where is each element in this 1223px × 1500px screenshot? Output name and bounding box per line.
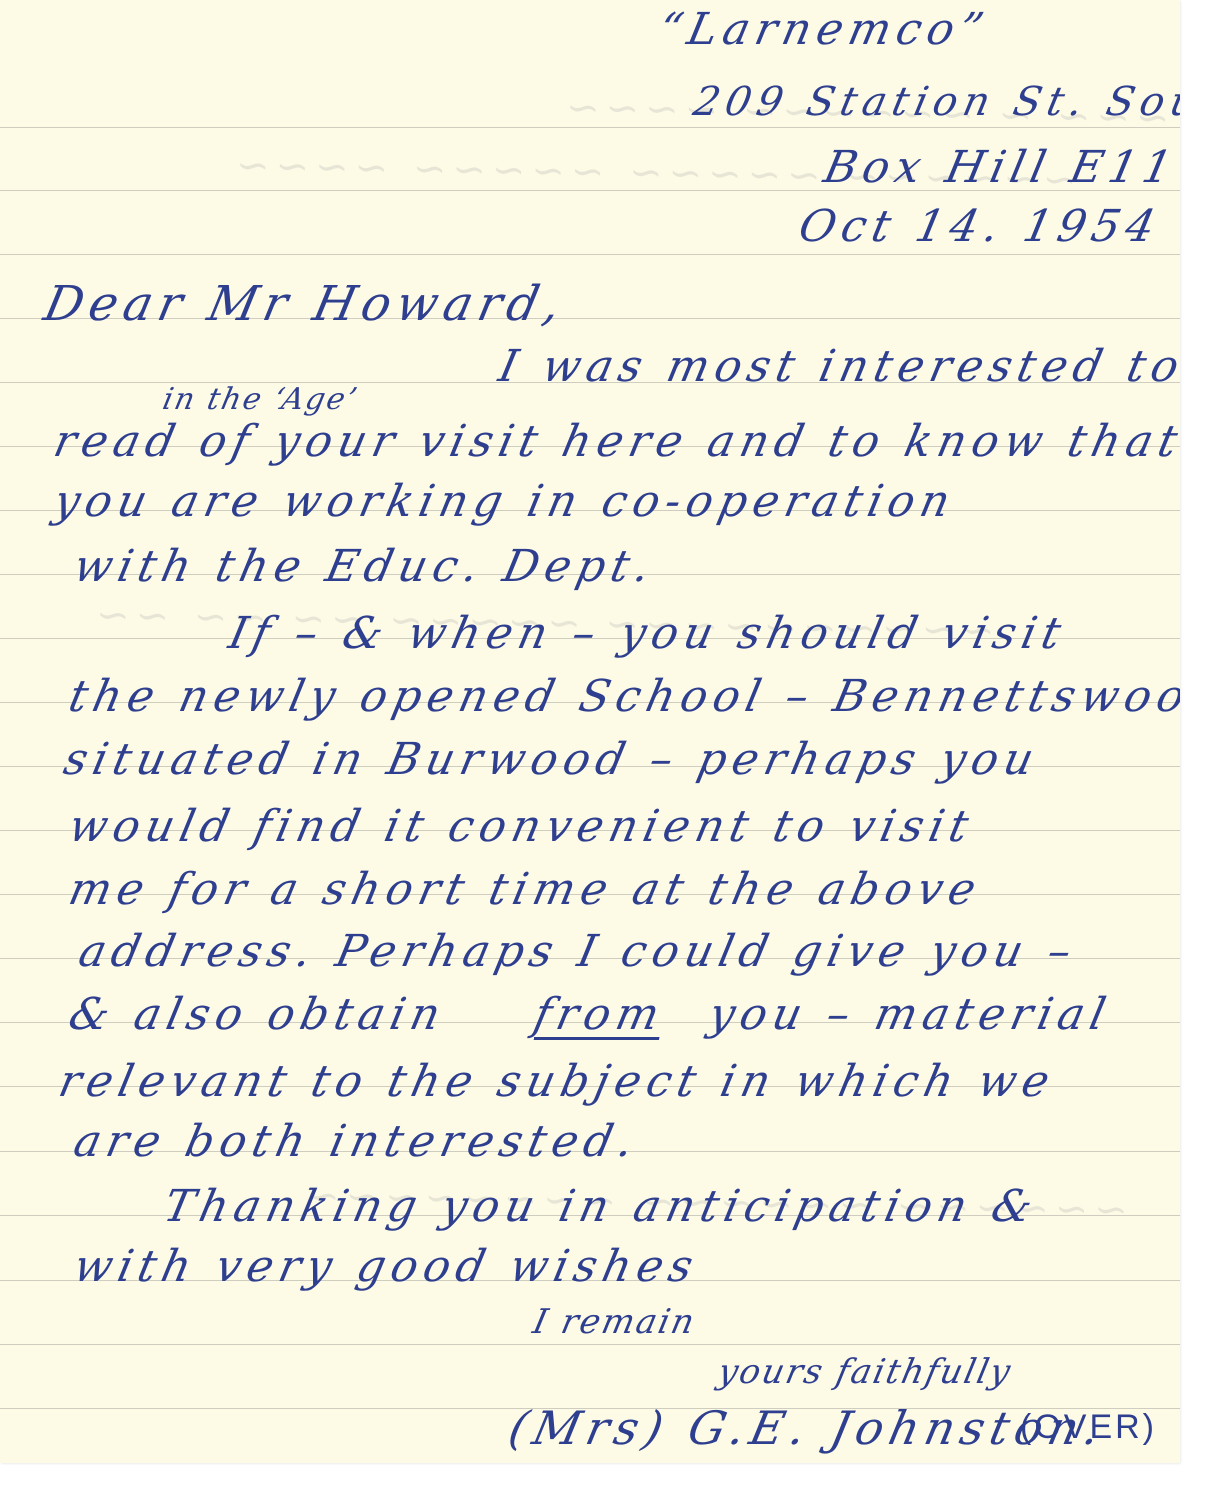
- body-line: address. Perhaps I could give you –: [75, 930, 1081, 974]
- body-line: If – & when – you should visit: [225, 612, 1070, 656]
- letter-page: ~~~ ~ ~~~~~~ ~~~~ ~~~~~~ ~~~~~ ~~~~~ ~~~…: [0, 0, 1180, 1463]
- letter-date: Oct 14. 1954: [795, 205, 1165, 249]
- body-line: relevant to the subject in which we: [55, 1060, 1059, 1104]
- address-street: 209 Station St. South: [690, 82, 1180, 122]
- body-line: situated in Burwood – perhaps you: [60, 738, 1043, 782]
- body-line: with very good wishes: [70, 1245, 702, 1289]
- closing-i-remain: I remain: [530, 1305, 699, 1339]
- body-line: read of your visit here and to know that: [50, 420, 1180, 464]
- address-suburb: Box Hill E11: [820, 146, 1180, 190]
- body-line: & also obtain: [65, 993, 450, 1037]
- body-line: would find it convenient to visit: [65, 805, 978, 849]
- closing-yours-faithfully: yours faithfully: [715, 1355, 1015, 1389]
- house-name: “Larnemco”: [655, 8, 993, 52]
- body-line: Thanking you in anticipation &: [160, 1185, 1042, 1229]
- over-note: (OVER): [1020, 1408, 1157, 1447]
- ruled-line: [0, 1344, 1180, 1345]
- body-line: I was most interested to: [495, 345, 1180, 389]
- body-line: me for a short time at the above: [65, 868, 985, 912]
- underlined-word: from: [530, 993, 669, 1037]
- body-line: the newly opened School – Bennettswood –: [65, 675, 1180, 719]
- body-line: you are working in co-operation: [50, 480, 960, 524]
- salutation: Dear Mr Howard,: [40, 280, 571, 328]
- body-line: you – material: [705, 993, 1115, 1037]
- body-line: are both interested.: [70, 1120, 643, 1164]
- ruled-line: [0, 254, 1180, 255]
- insertion-note: in the ‘Age’: [160, 385, 361, 415]
- body-line: with the Educ. Dept.: [70, 545, 660, 589]
